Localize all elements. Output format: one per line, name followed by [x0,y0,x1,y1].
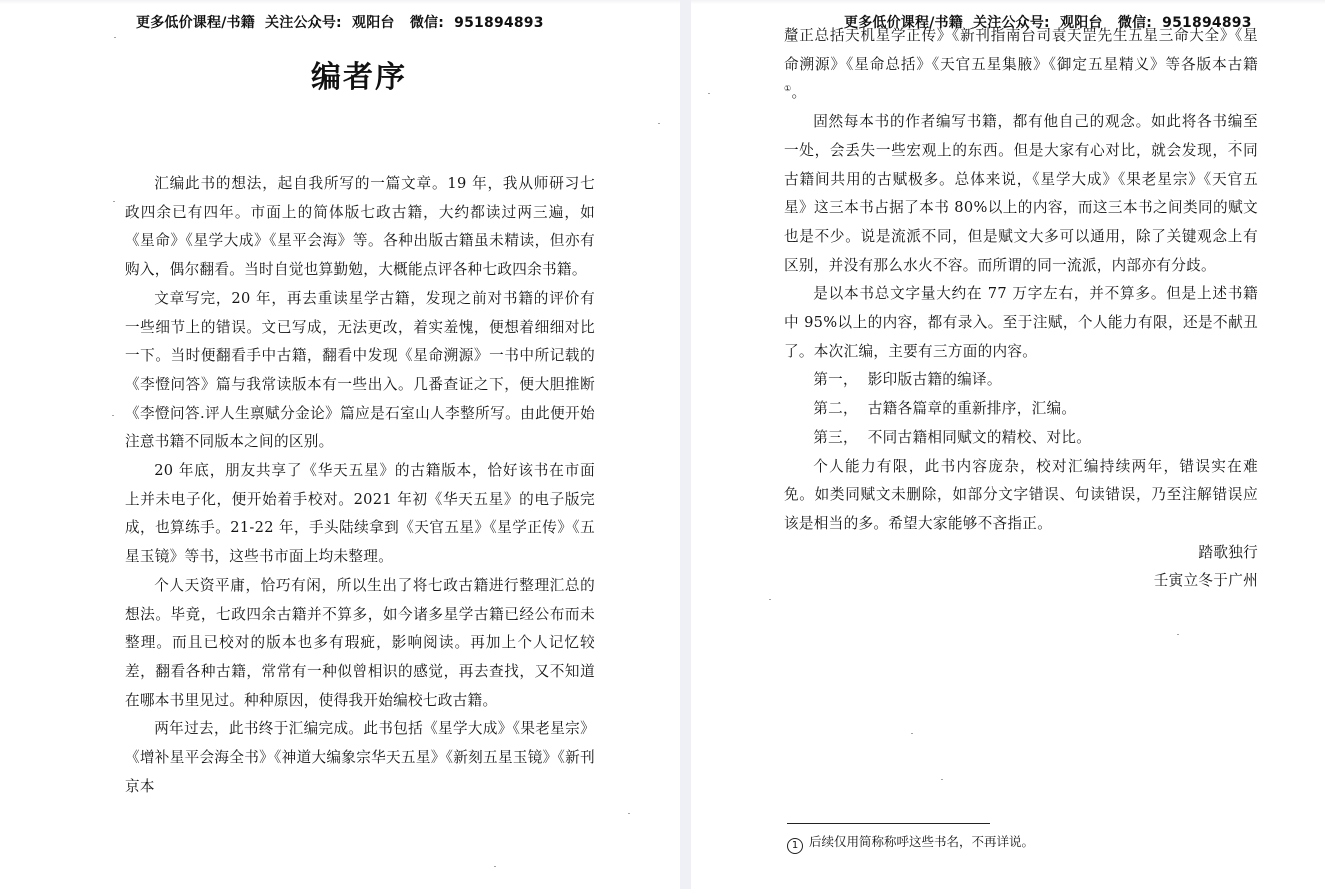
footnote: 1后续仅用简称称呼这些书名，不再详说。 [787,832,1034,854]
scan-speck [112,415,114,416]
page-top-edge [0,0,680,4]
scan-speck [1234,140,1236,141]
scan-speck [586,464,588,465]
list-item-text: 古籍各篇章的重新排序，汇编。 [868,400,1077,417]
list-item-text: 影印版古籍的编译。 [868,371,1002,388]
page-right: 更多低价课程/书籍 关注公众号: 观阳台 微信: 951894893 釐正总括天… [691,0,1325,889]
paragraph: 个人天资平庸，恰巧有闲，所以生出了将七政古籍进行整理汇总的想法。毕竟，七政四余古… [125,572,595,716]
scan-speck [114,37,116,38]
page-title: 编者序 [0,52,680,96]
header-watermark: 更多低价课程/书籍 关注公众号: 观阳台 微信: 951894893 [136,12,544,32]
paragraph: 两年过去，此书终于汇编完成。此书包括《星学大成》《果老星宗》《增补星平会海全书》… [125,715,595,801]
list-item: 第三， 不同古籍相同赋文的精校、对比。 [784,424,1258,453]
scan-speck [769,599,771,600]
preface-body: 汇编此书的想法，起自我所写的一篇文章。19 年，我从师研习七政四余已有四年。市面… [125,170,595,801]
document-viewer: 更多低价课程/书籍 关注公众号: 观阳台 微信: 951894893 编者序 汇… [0,0,1325,889]
paragraph-continuation: 釐正总括天机星学正传》《新刊指南台司袁天罡先生五星三命大全》《星命溯源》《星命总… [784,22,1258,108]
list-item-label: 第一， [813,371,858,388]
list-item-text: 不同古籍相同赋文的精校、对比。 [868,429,1091,446]
scan-speck [708,93,710,94]
continuation-text: 釐正总括天机星学正传》《新刊指南台司袁天罡先生五星三命大全》《星命溯源》《星命总… [784,27,1258,73]
paragraph: 汇编此书的想法，起自我所写的一篇文章。19 年，我从师研习七政四余已有四年。市面… [125,170,595,285]
footnote-divider [787,823,990,824]
paragraph: 固然每本书的作者编写书籍，都有他自己的观念。如此将各书编至一处，会丢失一些宏观上… [784,108,1258,280]
scan-speck [494,866,496,867]
paragraph: 20 年底，朋友共享了《华天五星》的古籍版本，恰好该书在市面上并未电子化，便开始… [125,457,595,572]
list-item: 第二， 古籍各篇章的重新排序，汇编。 [784,395,1258,424]
continuation-end: 。 [791,84,806,101]
list-item-label: 第三， [813,429,858,446]
page-top-edge [691,0,1325,4]
paragraph: 文章写完，20 年，再去重读星学古籍，发现之前对书籍的评价有一些细节上的错误。文… [125,285,595,457]
paragraph: 是以本书总文字量大约在 77 万字左右，并不算多。但是上述书籍中 95%以上的内… [784,280,1258,366]
scan-speck [911,733,913,734]
paragraph: 个人能力有限，此书内容庞杂，校对汇编持续两年，错误实在难免。如类同赋文未删除，如… [784,453,1258,539]
page-left: 更多低价课程/书籍 关注公众号: 观阳台 微信: 951894893 编者序 汇… [0,0,680,889]
footnote-marker: 1 [787,838,803,854]
dateline: 壬寅立冬于广州 [784,567,1258,596]
list-item-label: 第二， [813,400,858,417]
list-item: 第一， 影印版古籍的编译。 [784,366,1258,395]
author-signature: 踏歌独行 [784,539,1258,568]
scan-speck [628,813,630,814]
scan-speck [941,779,943,780]
footnote-text: 后续仅用简称称呼这些书名，不再详说。 [809,834,1034,849]
scan-speck [113,201,115,202]
preface-body-continued: 釐正总括天机星学正传》《新刊指南台司袁天罡先生五星三命大全》《星命溯源》《星命总… [784,22,1258,596]
scan-speck [1177,634,1179,635]
scan-speck [658,123,660,124]
